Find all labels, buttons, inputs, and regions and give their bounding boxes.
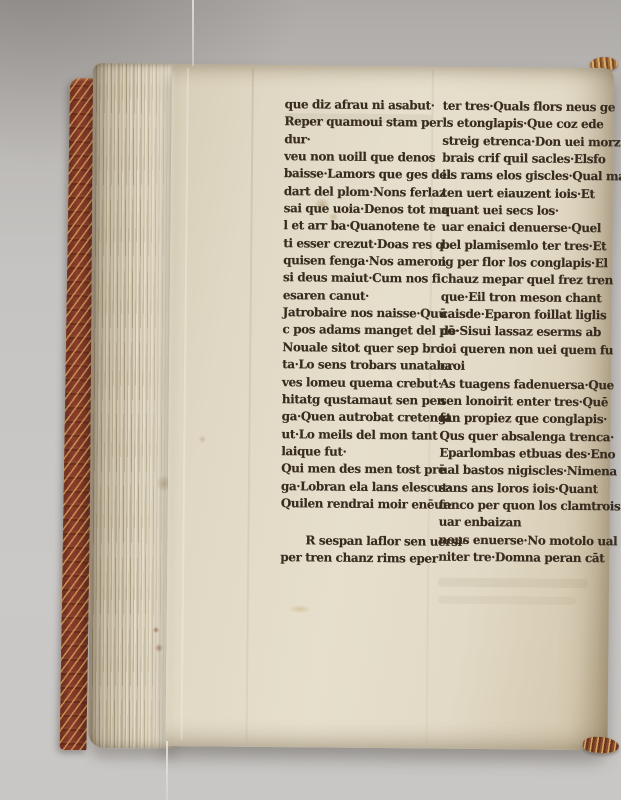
manuscript-text-line: ga·Lobran ela lans elescut·	[281, 478, 437, 497]
manuscript-text-line: de·Sisui lassaz eserms ab	[440, 323, 612, 342]
manuscript-text-line: croi	[440, 358, 612, 377]
parchment-crease	[181, 68, 189, 740]
manuscript-text-line: sai que uoia·Denos tot ma	[284, 200, 440, 219]
manuscript-text-line: Eparlombas etbuas des·Eno	[439, 444, 611, 463]
manuscript-text-line: ils rams elos giscles·Qual ma	[442, 167, 614, 186]
page-edge-stain	[155, 643, 163, 652]
verso-ink-ghost	[438, 578, 588, 588]
book-page-edges-stack	[88, 63, 179, 749]
manuscript-text-line: As tuagens fadenuersa·Que	[440, 375, 612, 394]
manuscript-text-line: quisen fenga·Nos ameron	[283, 252, 439, 271]
text-column-left: que diz afrau ni asabut·Reper quamoui st…	[281, 96, 441, 514]
manuscript-text-line: hitatg qustamaut sen pen	[282, 391, 438, 410]
manuscript-text-line: Qus quer absalenga trenca·	[439, 427, 611, 446]
manuscript-text-line: baisse·Lamors que ges del	[284, 165, 440, 184]
manuscript-text-line: chauz mepar quel frez tren	[441, 271, 613, 290]
page-edge-stain	[153, 626, 159, 633]
manuscript-text-line: uar enaici denuerse·Quel	[441, 219, 613, 238]
manuscript-text-line: streig etrenca·Don uei morz	[442, 132, 614, 151]
manuscript-text-line: ga·Quen autrobat cretengt	[282, 408, 438, 427]
manuscript-text-line: Quilen rendrai moir enēur·	[281, 495, 437, 514]
text-column-right: ter tres·Quals flors neus gels etonglapi…	[438, 98, 614, 568]
manuscript-text-line: dart del plom·Nons ferlaz	[284, 183, 440, 202]
parchment-crease	[246, 69, 254, 741]
manuscript-text-line: esaren canut·	[283, 287, 439, 306]
parchment-stain	[198, 435, 206, 443]
verso-ink-ghost	[438, 596, 576, 605]
manuscript-text-line: ta·Lo sens trobars unataba·	[282, 356, 438, 375]
manuscript-text-line: quant uei secs los·	[442, 202, 614, 221]
manuscript-page: que diz afrau ni asabut·Reper quamoui st…	[165, 64, 614, 750]
bookmark-thread-top	[192, 0, 194, 66]
manuscript-text-line: uar enbaizan	[439, 514, 611, 533]
manuscript-text-line: dur·	[284, 131, 440, 150]
manuscript-text-line: Jatrobaire nos naisse·Quū	[283, 304, 439, 323]
manuscript-text-line: Nouale sitot quer sep bro	[282, 339, 438, 358]
manuscript-text-line: ti esser crezut·Doas res q	[283, 235, 439, 254]
manuscript-text-line: bel plamisemlo ter tres·Et	[441, 236, 613, 255]
manuscript-text-line: laique fut·	[281, 443, 437, 462]
book-tailband	[582, 736, 619, 754]
manuscript-photo: que diz afrau ni asabut·Reper quamoui st…	[0, 0, 621, 800]
manuscript-text-line: ter tres·Quals flors neus ge	[443, 98, 615, 117]
manuscript-text-line: R sespan laflor sen uersi·	[280, 532, 440, 551]
manuscript-text-line: que diz afrau ni asabut·	[285, 96, 441, 115]
manuscript-text-line: fan propiez que conglapis·	[440, 410, 612, 429]
manuscript-text-line: ves lomeu quema crebut·	[282, 374, 438, 393]
manuscript-text-line: ioi queren non uei quem fu	[440, 340, 612, 359]
manuscript-text-line: nous enuerse·No motolo ual	[438, 531, 610, 550]
manuscript-text-line: Reper quamoui stam per	[284, 113, 440, 132]
manuscript-text-line: Qui men des men tost prē	[281, 460, 437, 479]
text-column-left-stanza: R sespan laflor sen uersi· per tren chan…	[280, 532, 440, 568]
manuscript-text-line: l et arr ba·Quanotene te	[283, 217, 439, 236]
manuscript-text-line: caisde·Eparon foillat liglis	[441, 306, 613, 325]
manuscript-text-line: per tren chanz rims eper	[280, 549, 440, 568]
manuscript-text-line: que·Eil tron meson chant	[441, 288, 613, 307]
bookmark-thread-bottom	[166, 741, 168, 800]
manuscript-text-line: si deus maiut·Cum nos fi	[283, 270, 439, 289]
manuscript-text-line: ut·Lo meils del mon tant	[281, 426, 437, 445]
manuscript-text-line: c pos adams manget del pō·	[282, 322, 438, 341]
manuscript-text-line: ual bastos nigiscles·Nimena	[439, 462, 611, 481]
manuscript-text-line: ig per flor los conglapis·El	[441, 254, 613, 273]
manuscript-text-line: niter tre·Domna peran cāt	[438, 549, 610, 568]
parchment-stain	[289, 605, 311, 613]
manuscript-text-line: brais crif quil sacles·Elsfo	[442, 150, 614, 169]
manuscript-text-line: ls etonglapis·Que coz ede	[442, 115, 614, 134]
manuscript-text-line: sans ans loros iois·Quant	[439, 479, 611, 498]
manuscript-text-line: veu non uoill que denos	[284, 148, 440, 167]
manuscript-text-line: sen lonoirit enter tres·Quē	[440, 392, 612, 411]
manuscript-text-line: fanco per quon los clamtrois·	[439, 496, 611, 515]
manuscript-text-line: ten uert eiauzent iois·Et	[442, 184, 614, 203]
